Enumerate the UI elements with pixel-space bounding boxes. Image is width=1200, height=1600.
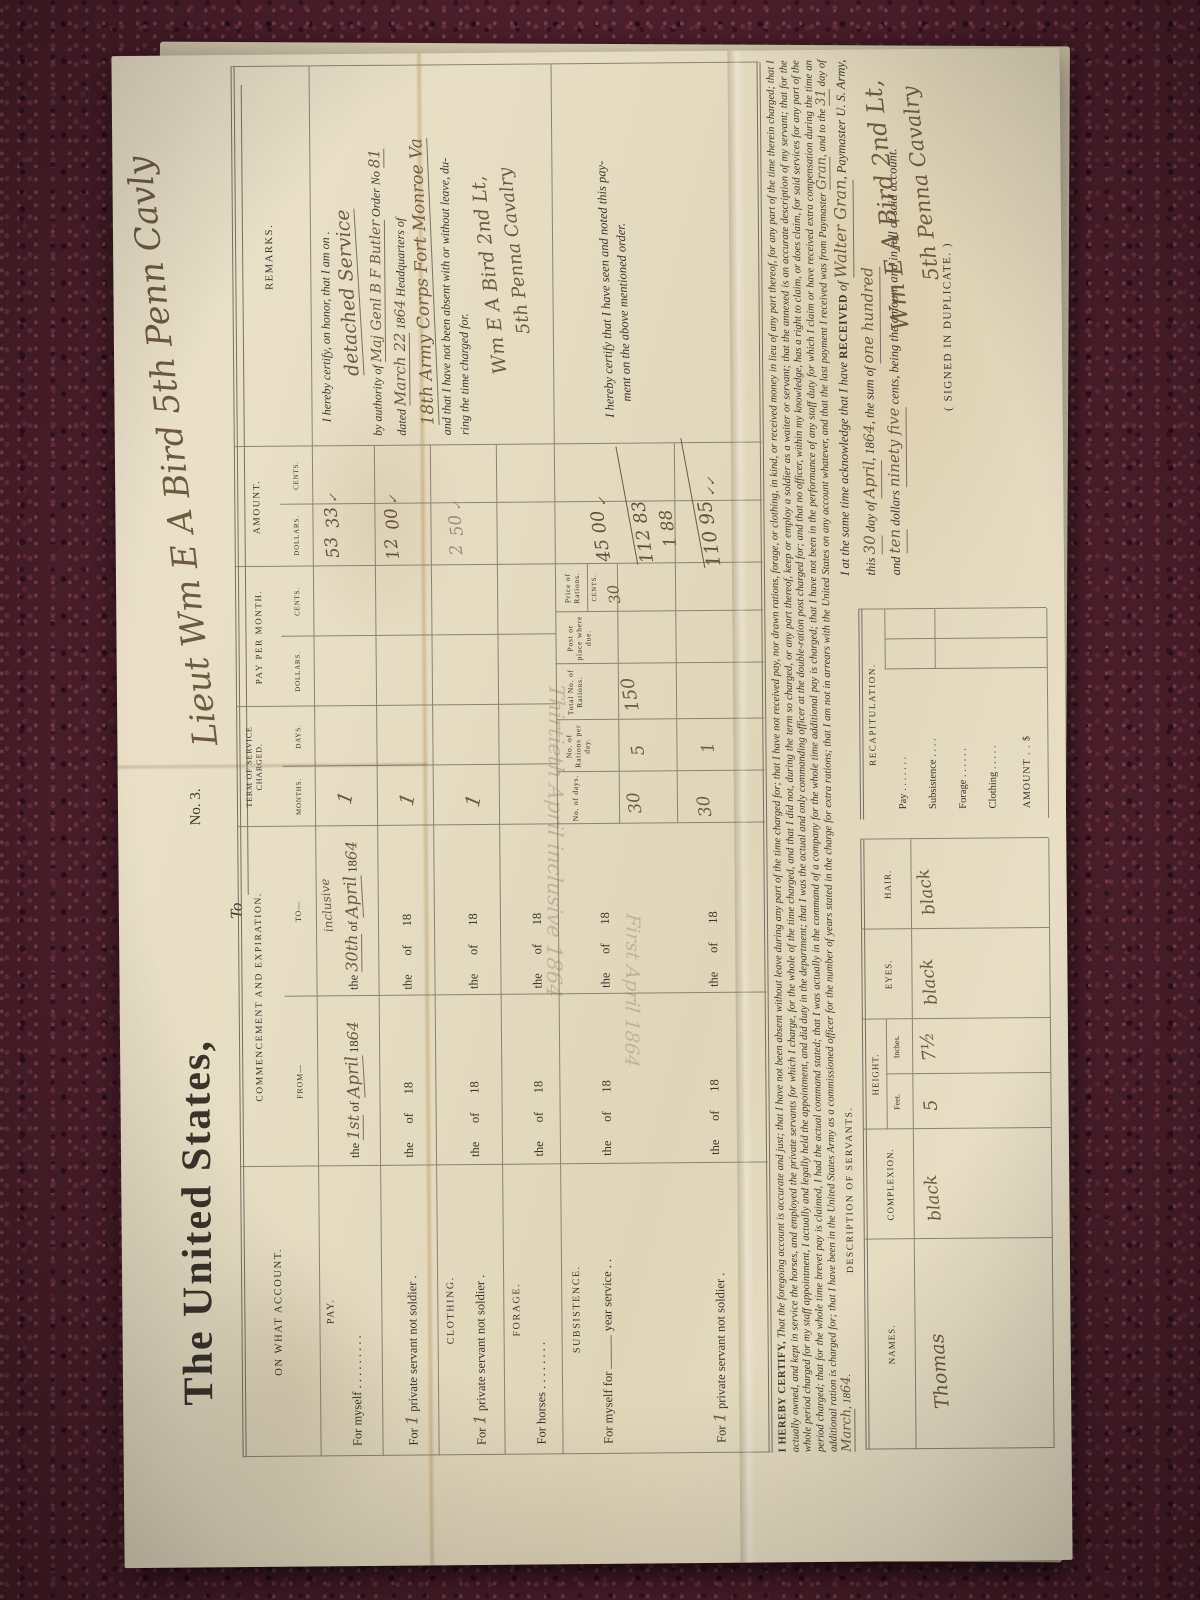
photo-vignette bbox=[0, 0, 1200, 1600]
photo-background-carpet: The United States, To No. 3. Lieut Wm E … bbox=[0, 0, 1200, 1600]
